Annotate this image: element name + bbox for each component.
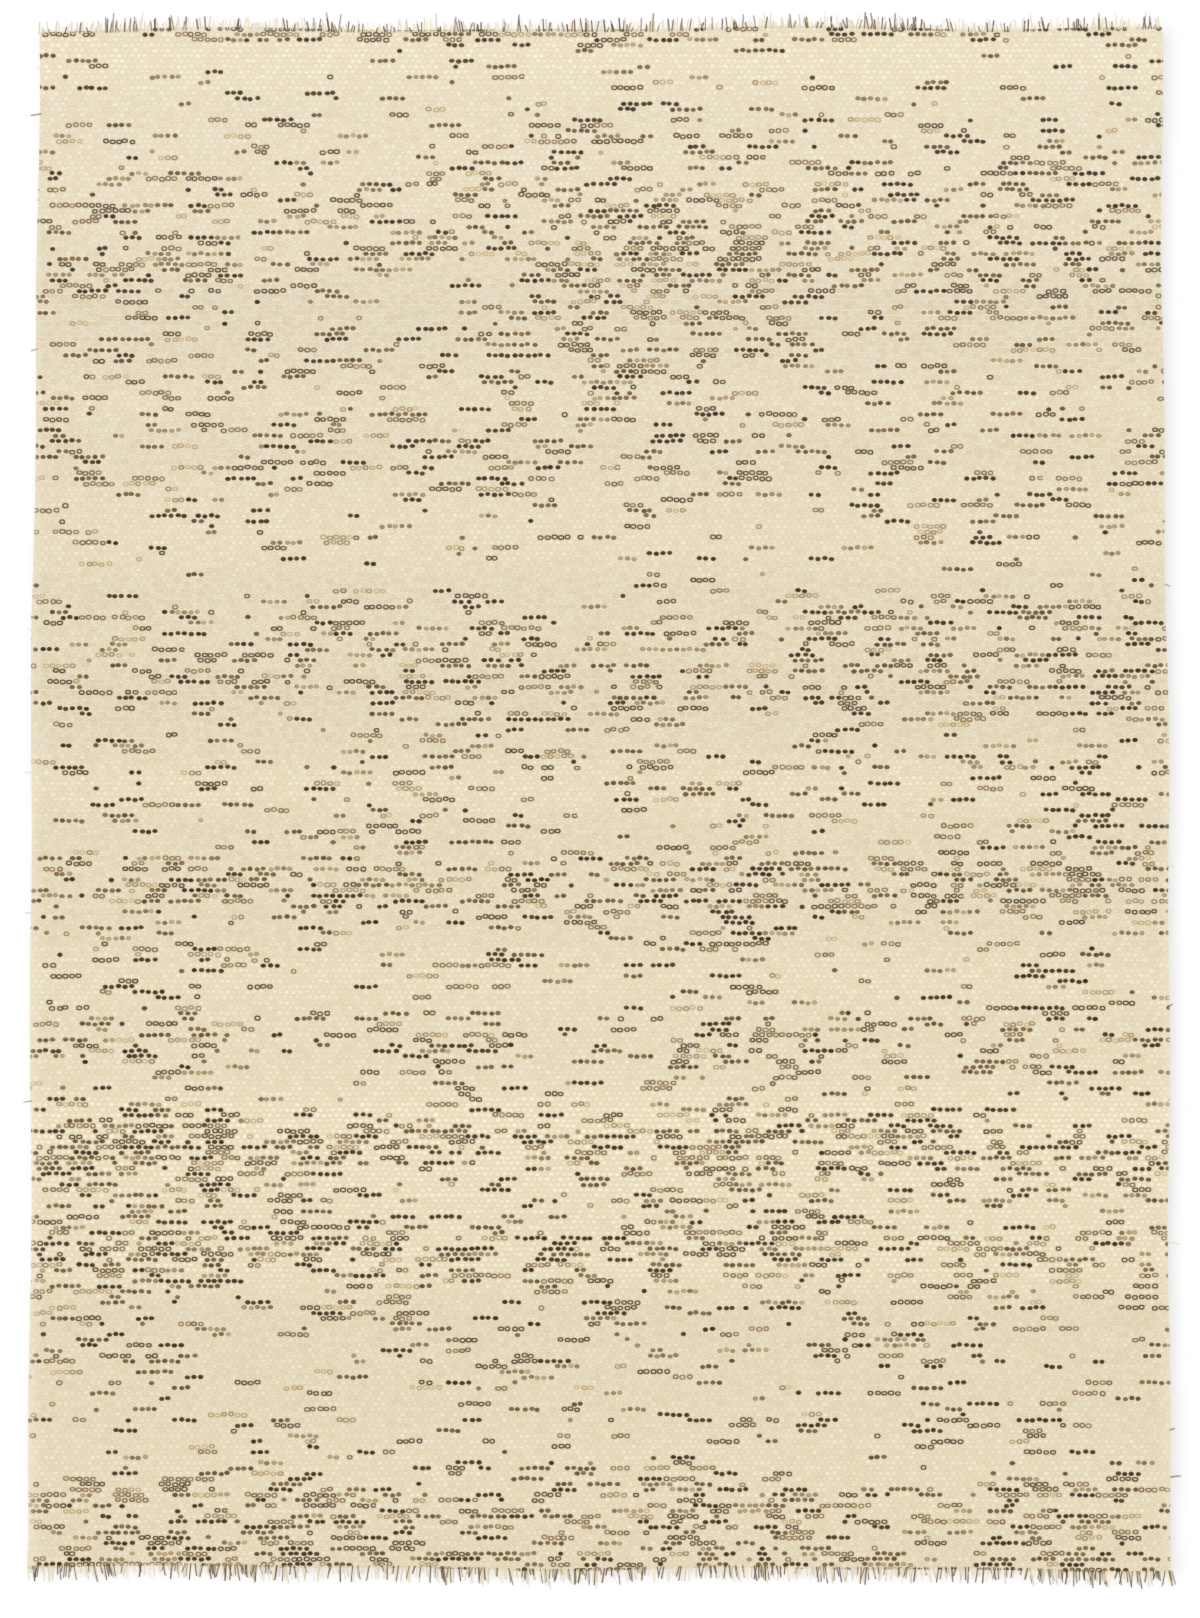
rug-product-photo [0, 0, 1200, 1618]
rug-image [0, 0, 1200, 1618]
